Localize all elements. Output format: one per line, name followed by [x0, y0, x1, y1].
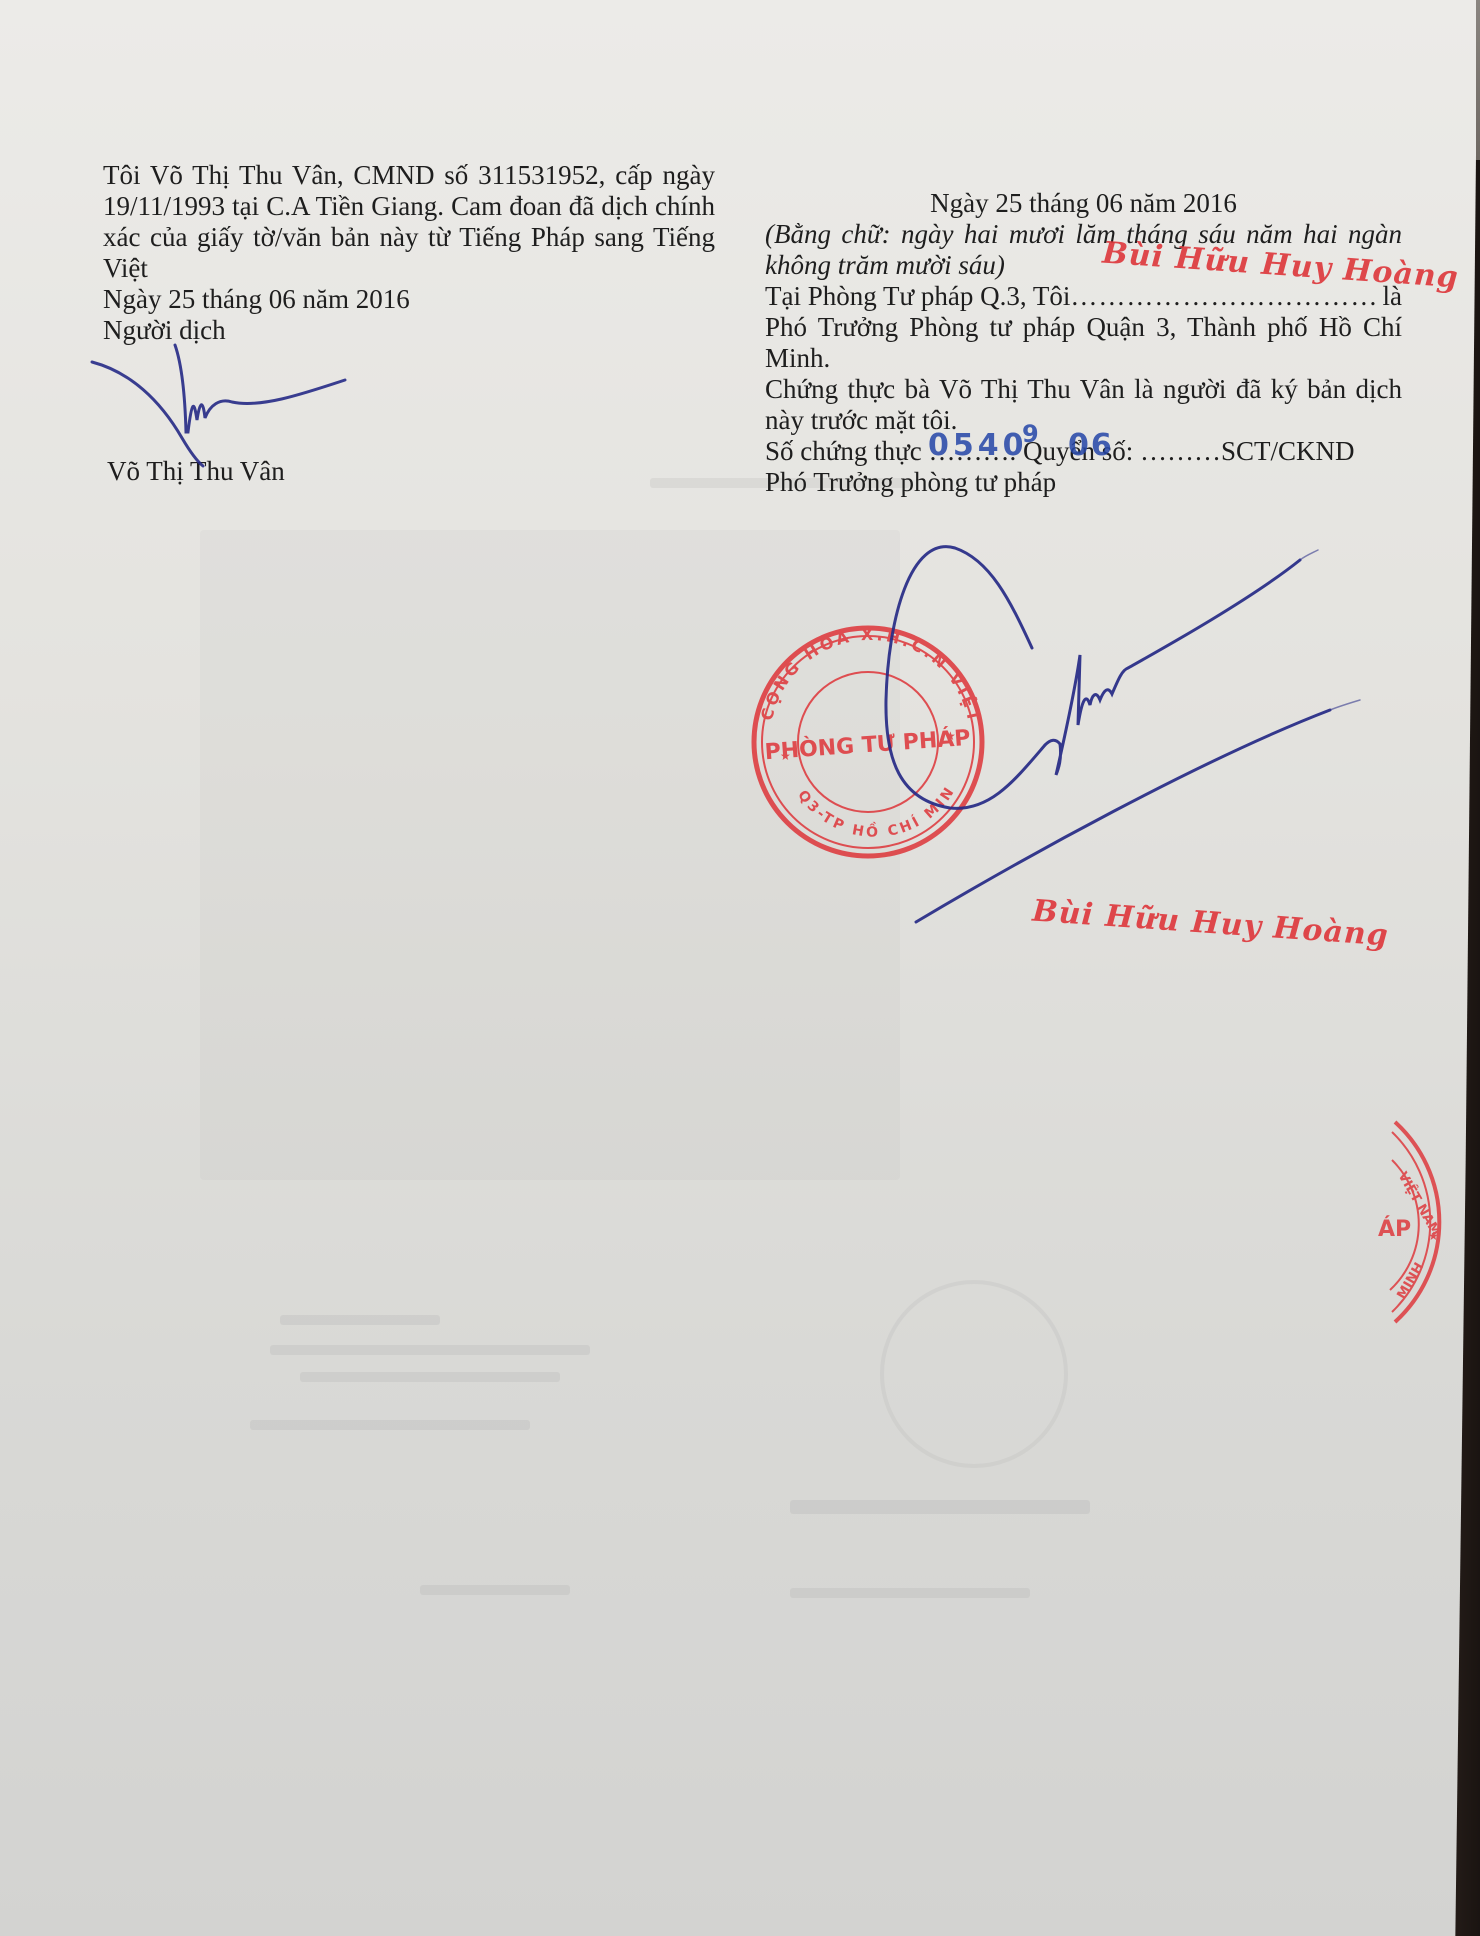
- partial-seal: VIỆT NAM ÁP ★ MINH: [1378, 1122, 1444, 1322]
- translator-signature: [92, 345, 345, 466]
- svg-text:★: ★: [1428, 1229, 1439, 1243]
- ink-overlay: CỘNG HÒA X.H.C.N VIỆT NAM Q3-TP HỒ CHÍ M…: [0, 0, 1480, 1936]
- svg-text:Q3-TP HỒ CHÍ MINH: Q3-TP HỒ CHÍ MINH: [0, 0, 959, 841]
- official-seal: CỘNG HÒA X.H.C.N VIỆT NAM Q3-TP HỒ CHÍ M…: [0, 0, 985, 856]
- svg-text:CỘNG HÒA X.H.C.N VIỆT NAM: CỘNG HÒA X.H.C.N VIỆT NAM: [0, 0, 985, 734]
- svg-text:ÁP: ÁP: [1378, 1216, 1411, 1242]
- seal-center-text: PHÒNG TƯ PHÁP: [764, 725, 971, 765]
